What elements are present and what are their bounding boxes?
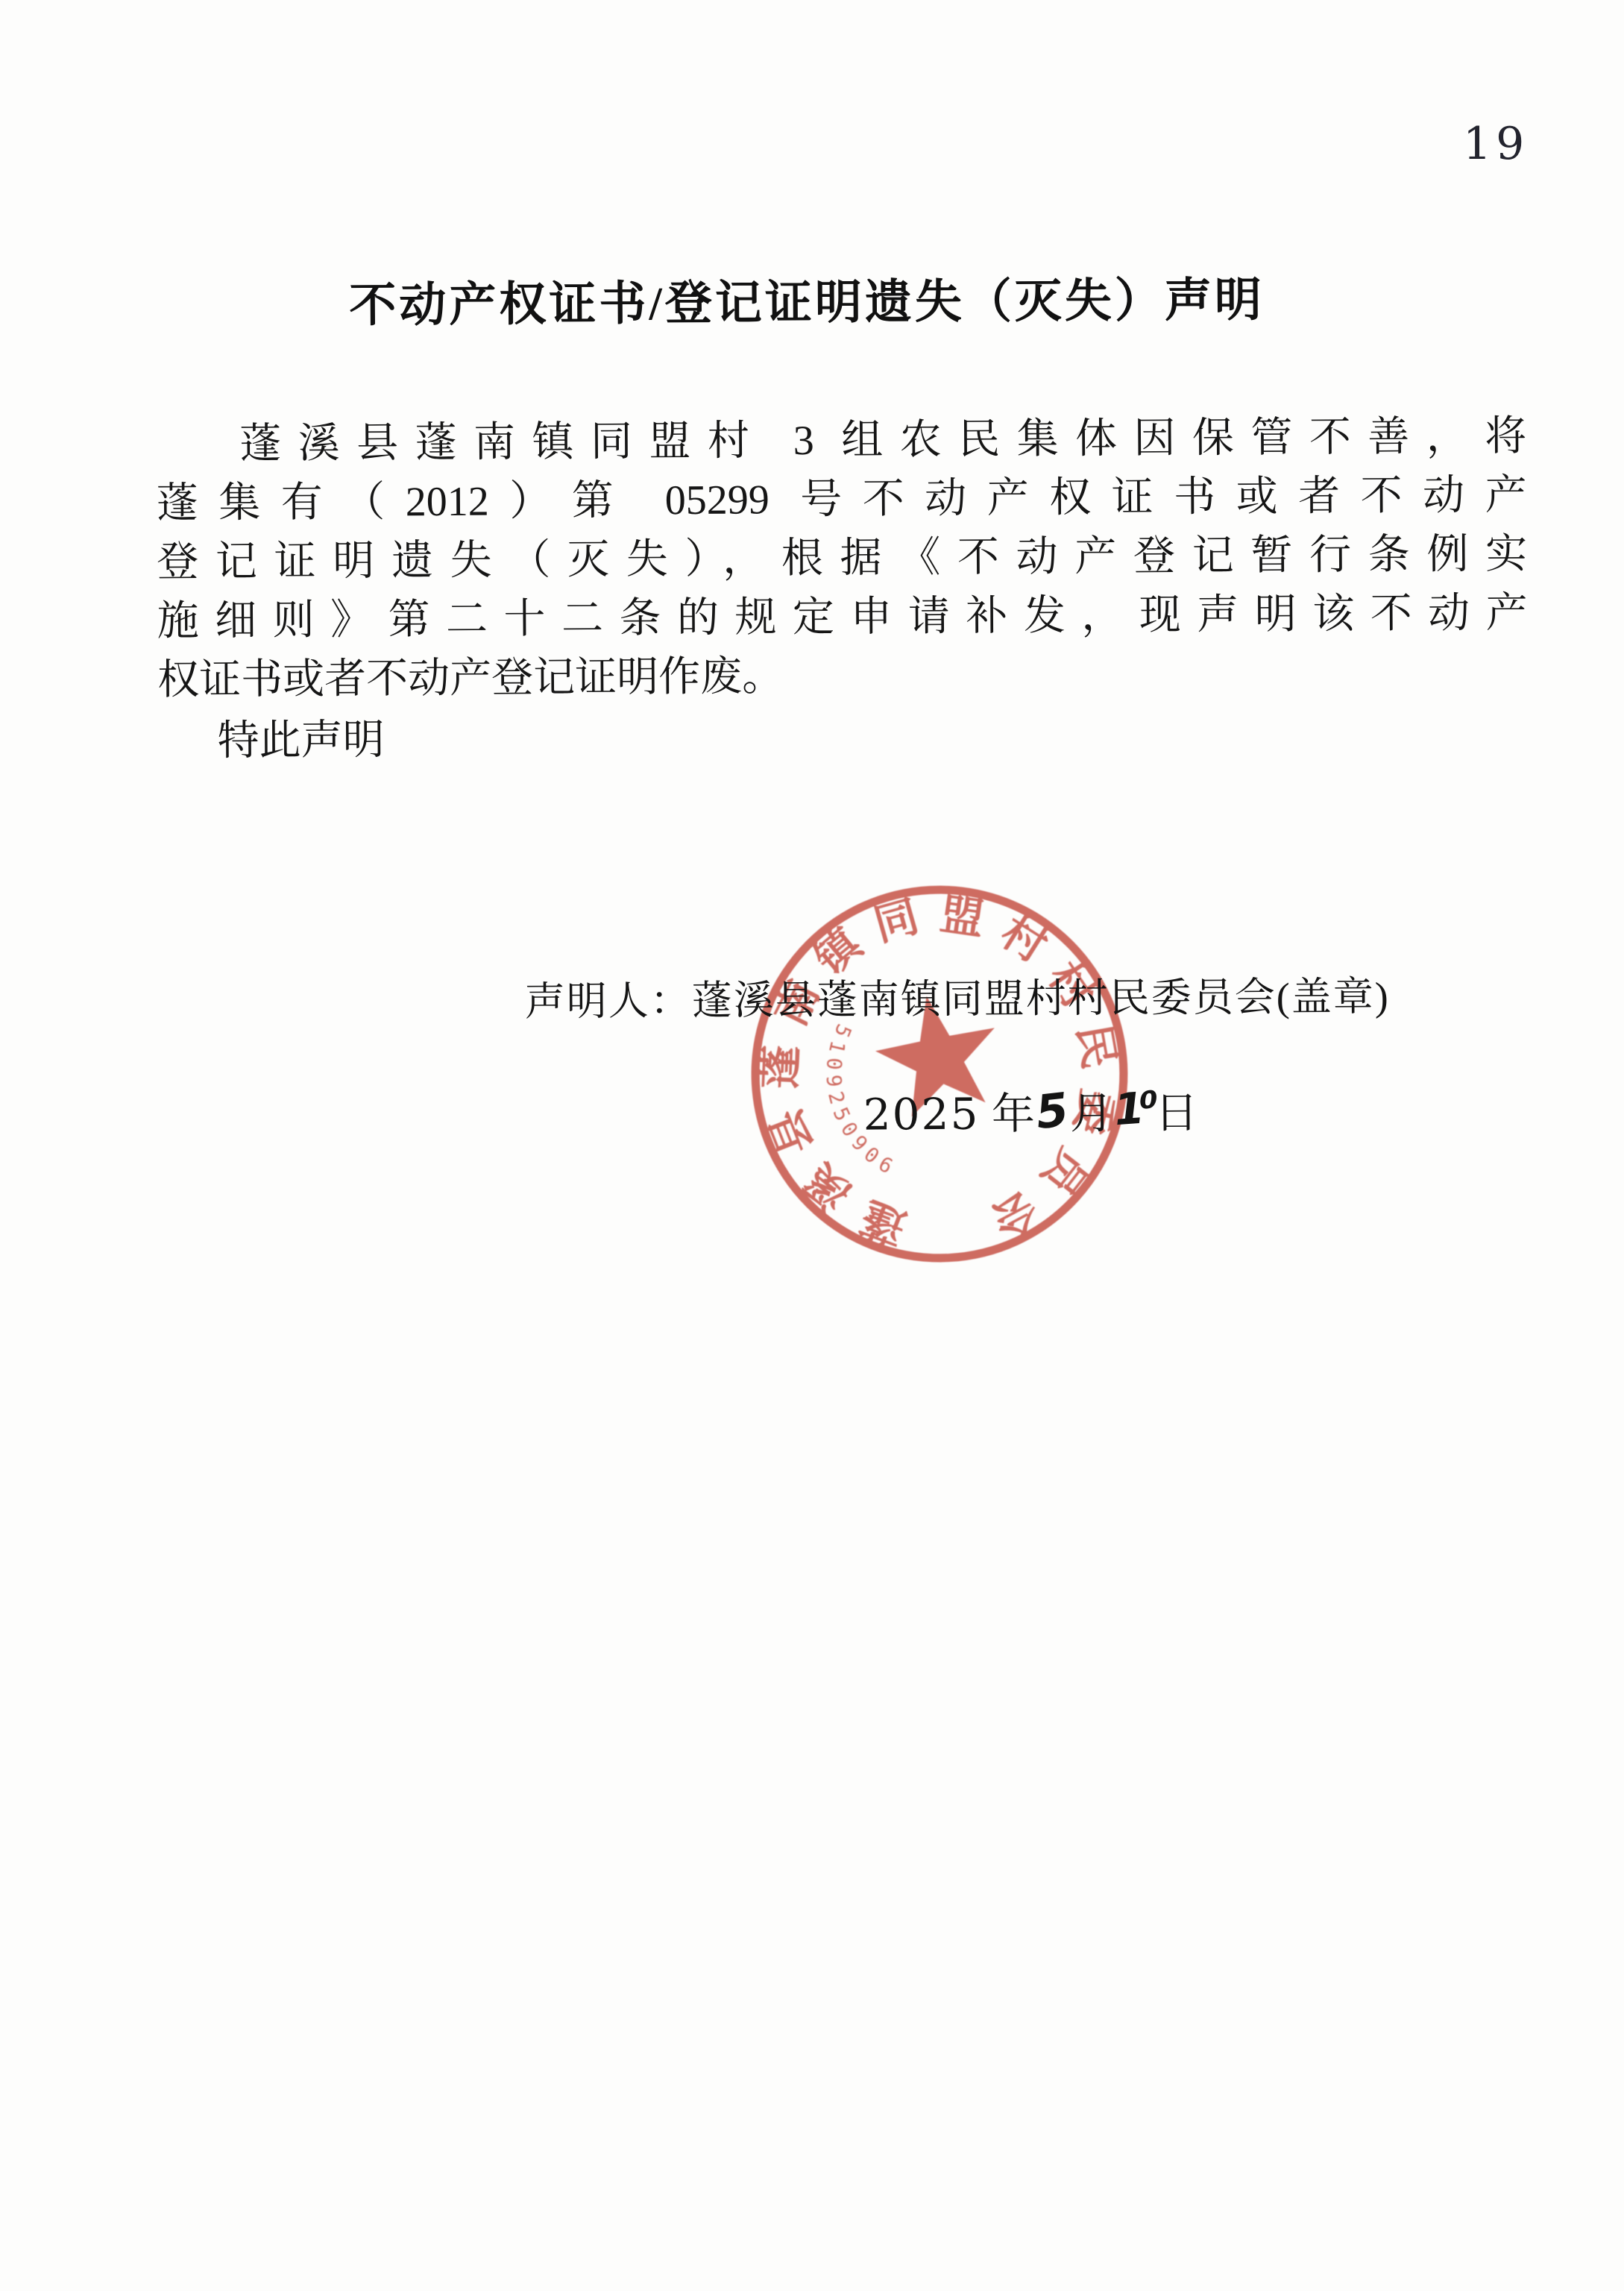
document-content: 不动产权证书/登记证明遗失（灭失）声明 蓬溪县蓬南镇同盟村 3 组农民集体因保管… <box>0 0 1624 2291</box>
body-line-3: 登记证明遗失（灭失），根据《不动产登记暂行条例实 <box>157 525 1527 592</box>
body-line-1: 蓬溪县蓬南镇同盟村 3 组农民集体因保管不善，将 <box>156 407 1526 474</box>
declarant-name: 蓬溪县蓬南镇同盟村村民委员会(盖章) <box>692 974 1390 1023</box>
closing-statement: 特此声明 <box>157 704 1528 771</box>
date-day-unit: 日 <box>1155 1089 1200 1137</box>
body-line-4: 施细则》第二十二条的规定申请补发，现声明该不动产 <box>157 584 1527 651</box>
body-line-2: 蓬集有（2012）第 05299 号不动产权证书或者不动产 <box>156 466 1526 533</box>
date-month-handwritten: 5 <box>1033 1082 1073 1140</box>
date-line: 2025 年5月1⁰日 <box>863 1078 1200 1143</box>
date-month-unit: 月 <box>1070 1090 1115 1138</box>
declarant-label: 声明人： <box>525 978 692 1024</box>
document-title: 不动产权证书/登记证明遗失（灭失）声明 <box>0 260 1619 337</box>
date-day-handwritten: 1⁰ <box>1112 1081 1156 1135</box>
document-body: 蓬溪县蓬南镇同盟村 3 组农民集体因保管不善，将 蓬集有（2012）第 0529… <box>156 407 1529 771</box>
date-year: 2025 <box>863 1089 980 1140</box>
date-year-unit: 年 <box>992 1090 1036 1138</box>
declarant-line: 声明人：蓬溪县蓬南镇同盟村村民委员会(盖章) <box>525 964 1390 1027</box>
body-line-5: 权证书或者不动产登记证明作废。 <box>157 643 1528 710</box>
